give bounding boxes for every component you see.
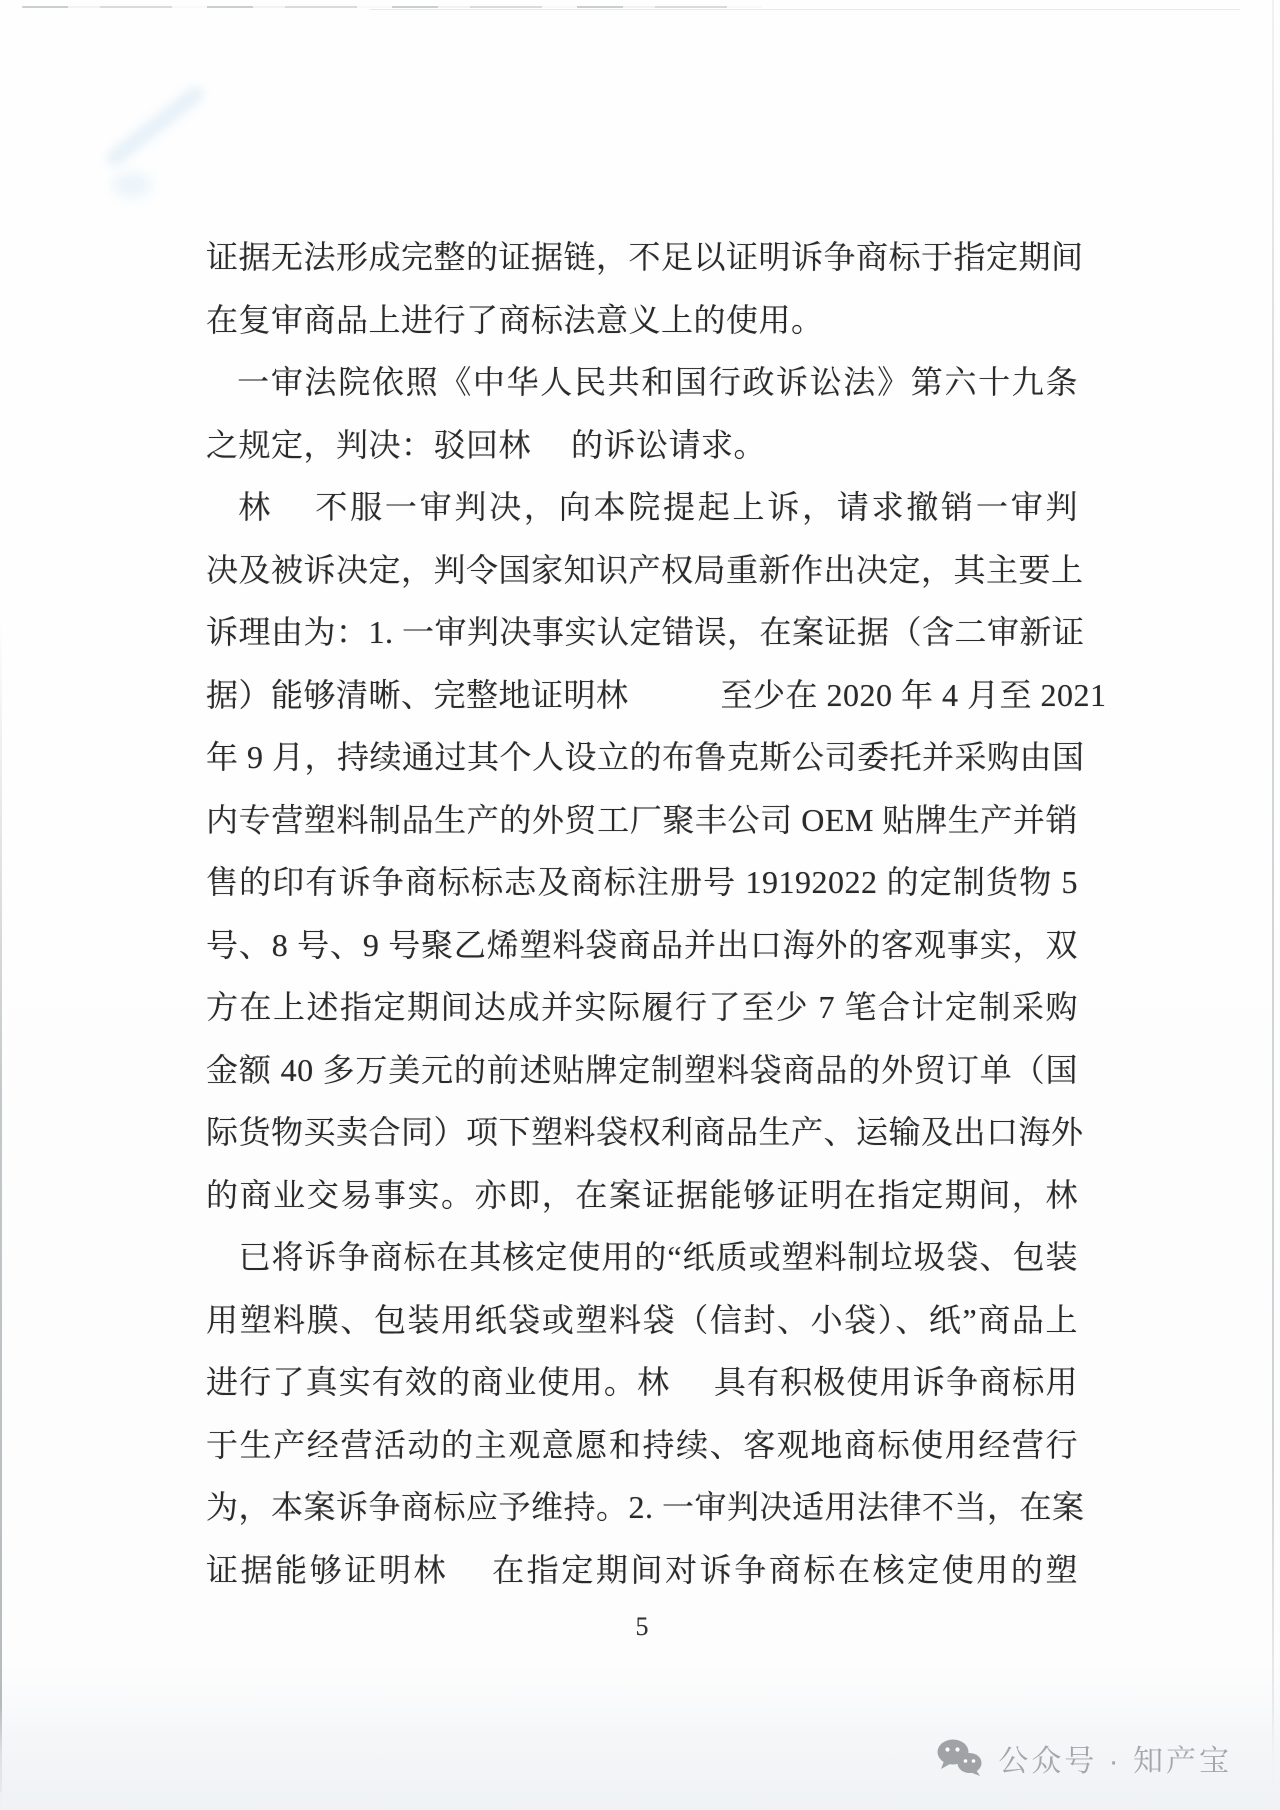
text-line: 用塑料膜、包装用纸袋或塑料袋（信封、小袋）、纸”商品上: [206, 1289, 1078, 1352]
text-segment: 售的印有诉争商标标志及商标注册号 19192022 的定制货物 5: [206, 864, 1078, 900]
text-line: 在复审商品上进行了商标法意义上的使用。: [206, 289, 1078, 352]
text-segment: 的商业交易事实。亦即，在案证据能够证明在指定期间，林: [206, 1177, 1078, 1213]
redacted-name-gap: [206, 392, 236, 393]
text-segment: 方在上述指定期间达成并实际履行了至少 7 笔合计定制采购: [206, 989, 1078, 1025]
redacted-name-gap: [448, 1580, 490, 1581]
scan-artifact-top-line: [22, 6, 762, 8]
text-line: 诉理由为：1. 一审判决事实认定错误，在案证据（含二审新证: [206, 601, 1078, 664]
text-line: 方在上述指定期间达成并实际履行了至少 7 笔合计定制采购: [206, 976, 1078, 1039]
text-segment: 内专营塑料制品生产的外贸工厂聚丰公司 OEM 贴牌生产并销: [206, 802, 1078, 838]
text-segment: 的诉讼请求。: [571, 427, 766, 463]
text-segment: 不服一审判决，向本院提起上诉，请求撤销一审判: [313, 489, 1078, 525]
text-line: 号、8 号、9 号聚乙烯塑料袋商品并出口海外的客观事实，双: [206, 914, 1078, 977]
text-line: 已将诉争商标在其核定使用的“纸质或塑料制垃圾袋、包装: [206, 1226, 1078, 1289]
text-line: 之规定，判决：驳回林的诉讼请求。: [206, 414, 1078, 477]
text-segment: 进行了真实有效的商业使用。林: [206, 1364, 670, 1400]
footer-label: 公众号 · 知产宝: [998, 1736, 1232, 1780]
scan-artifact-left-edge: [0, 620, 2, 1810]
text-line: 证据无法形成完整的证据链，不足以证明诉争商标于指定期间: [206, 226, 1078, 289]
text-line: 据）能够清晰、完整地证明林至少在 2020 年 4 月至 2021: [206, 664, 1078, 727]
text-segment: 至少在 2020 年 4 月至 2021: [721, 677, 1107, 713]
text-segment: 于生产经营活动的主观意愿和持续、客观地商标使用经营行: [206, 1427, 1078, 1463]
text-line: 际货物买卖合同）项下塑料袋权利商品生产、运输及出口海外: [206, 1101, 1078, 1164]
text-line: 林不服一审判决，向本院提起上诉，请求撤销一审判: [206, 476, 1078, 539]
redacted-name-gap: [670, 1392, 713, 1393]
text-segment: 年 9 月，持续通过其个人设立的布鲁克斯公司委托并采购由国: [206, 739, 1085, 775]
text-line: 年 9 月，持续通过其个人设立的布鲁克斯公司委托并采购由国: [206, 726, 1078, 789]
text-segment: 证据无法形成完整的证据链，不足以证明诉争商标于指定期间: [206, 239, 1084, 275]
text-line: 为，本案诉争商标应予维持。2. 一审判决适用法律不当，在案: [206, 1476, 1078, 1539]
scan-artifact-top-line-2: [370, 9, 1240, 10]
document-body-text: 证据无法形成完整的证据链，不足以证明诉争商标于指定期间在复审商品上进行了商标法意…: [206, 226, 1078, 1601]
text-segment: 际货物买卖合同）项下塑料袋权利商品生产、运输及出口海外: [206, 1114, 1084, 1150]
scan-artifact-smudge-2: [112, 172, 152, 198]
redacted-name-gap: [206, 1267, 238, 1268]
footer-watermark: 公众号 · 知产宝: [0, 1706, 1280, 1810]
text-segment: 用塑料膜、包装用纸袋或塑料袋（信封、小袋）、纸”商品上: [206, 1302, 1078, 1338]
redacted-name-gap: [531, 455, 571, 456]
text-line: 一审法院依照《中华人民共和国行政诉讼法》第六十九条: [206, 351, 1078, 414]
text-line: 的商业交易事实。亦即，在案证据能够证明在指定期间，林: [206, 1164, 1078, 1227]
text-line: 于生产经营活动的主观意愿和持续、客观地商标使用经营行: [206, 1414, 1078, 1477]
text-segment: 证据能够证明林: [206, 1552, 448, 1588]
text-segment: 诉理由为：1. 一审判决事实认定错误，在案证据（含二审新证: [206, 614, 1085, 650]
text-segment: 在指定期间对诉争商标在核定使用的塑: [490, 1552, 1078, 1588]
text-segment: 决及被诉决定，判令国家知识产权局重新作出决定，其主要上: [206, 552, 1084, 588]
redacted-name-gap: [629, 705, 721, 706]
text-segment: 金额 40 多万美元的前述贴牌定制塑料袋商品的外贸订单（国: [206, 1052, 1078, 1088]
page-number: 5: [206, 1604, 1078, 1650]
text-segment: 林: [236, 489, 273, 525]
text-segment: 据）能够清晰、完整地证明林: [206, 677, 629, 713]
text-segment: 之规定，判决：驳回林: [206, 427, 531, 463]
text-line: 进行了真实有效的商业使用。林具有积极使用诉争商标用: [206, 1351, 1078, 1414]
text-segment: 为，本案诉争商标应予维持。2. 一审判决适用法律不当，在案: [206, 1489, 1085, 1525]
scan-artifact-right-edge: [1272, 0, 1274, 1785]
text-segment: 在复审商品上进行了商标法意义上的使用。: [206, 302, 824, 338]
scan-artifact-smudge: [104, 83, 207, 168]
text-line: 售的印有诉争商标标志及商标注册号 19192022 的定制货物 5: [206, 851, 1078, 914]
text-line: 金额 40 多万美元的前述贴牌定制塑料袋商品的外贸订单（国: [206, 1039, 1078, 1102]
scanned-document-page: 证据无法形成完整的证据链，不足以证明诉争商标于指定期间在复审商品上进行了商标法意…: [0, 0, 1280, 1810]
text-segment: 一审法院依照《中华人民共和国行政诉讼法》第六十九条: [236, 364, 1078, 400]
text-line: 证据能够证明林在指定期间对诉争商标在核定使用的塑: [206, 1539, 1078, 1602]
text-segment: 具有积极使用诉争商标用: [713, 1364, 1078, 1400]
wechat-icon: [936, 1738, 984, 1778]
text-segment: 已将诉争商标在其核定使用的“纸质或塑料制垃圾袋、包装: [238, 1239, 1078, 1275]
text-line: 内专营塑料制品生产的外贸工厂聚丰公司 OEM 贴牌生产并销: [206, 789, 1078, 852]
text-segment: 号、8 号、9 号聚乙烯塑料袋商品并出口海外的客观事实，双: [206, 927, 1078, 963]
redacted-name-gap: [273, 517, 313, 518]
redacted-name-gap: [206, 517, 236, 518]
text-line: 决及被诉决定，判令国家知识产权局重新作出决定，其主要上: [206, 539, 1078, 602]
